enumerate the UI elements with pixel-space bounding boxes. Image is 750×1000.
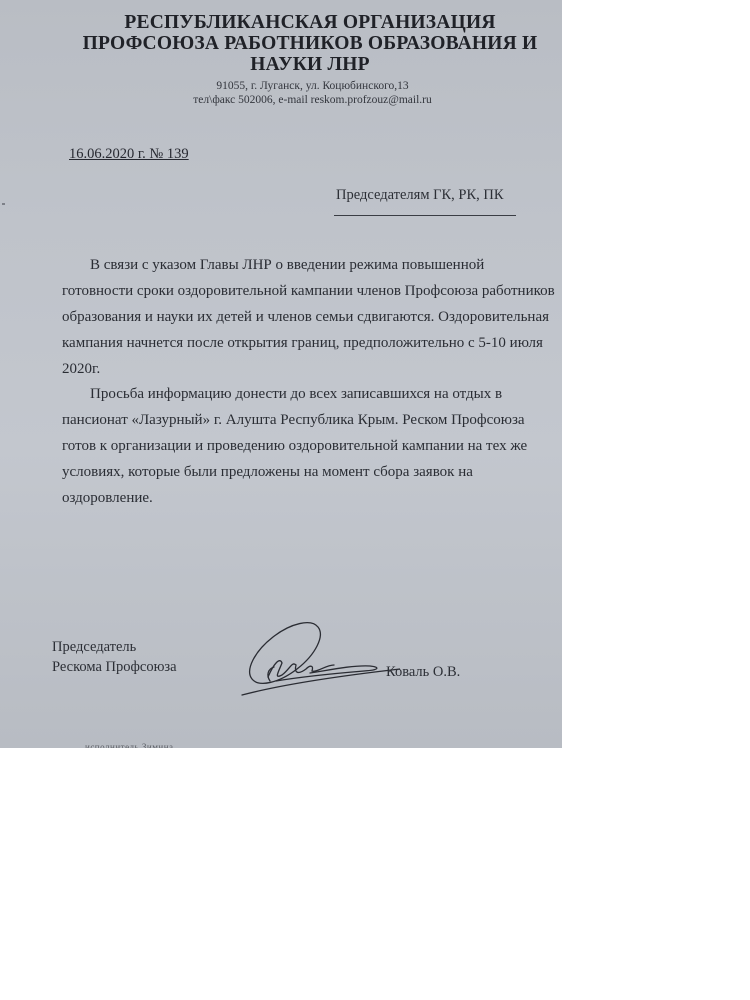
- paragraph-2-line: условиях, которые были предложены на мом…: [62, 459, 562, 485]
- paragraph-1: В связи с указом Главы ЛНР о введении ре…: [62, 252, 562, 382]
- date-and-number: 16.06.2020 г. № 139: [69, 146, 189, 163]
- paragraph-2-line: пансионат «Лазурный» г. Алушта Республик…: [62, 407, 562, 433]
- signatory-name: Коваль О.В.: [386, 664, 460, 681]
- paragraph-1-line: В связи с указом Главы ЛНР о введении ре…: [62, 252, 562, 278]
- addressee-underline: [334, 215, 516, 216]
- paragraph-1-line: 2020г.: [62, 356, 562, 382]
- paragraph-1-line: кампания начнется после открытия границ,…: [62, 330, 562, 356]
- paragraph-2: Просьба информацию донести до всех запис…: [62, 381, 562, 511]
- org-name-line-3: НАУКИ ЛНР: [0, 54, 562, 75]
- org-address: 91055, г. Луганск, ул. Коцюбинского,13: [0, 79, 562, 93]
- addressee: Председателям ГК, РК, ПК: [336, 187, 504, 204]
- cut-off-text: исполнитель Зимина...: [85, 742, 182, 748]
- signatory-title-line-2: Рескома Профсоюза: [52, 657, 177, 677]
- paragraph-2-line: оздоровление.: [62, 485, 562, 511]
- document-photo: РЕСПУБЛИКАНСКАЯ ОРГАНИЗАЦИЯ ПРОФСОЮЗА РА…: [0, 0, 562, 748]
- org-contacts: тел\факс 502006, e-mail reskom.profzouz@…: [0, 93, 562, 107]
- paragraph-1-line: образования и науки их детей и членов се…: [62, 304, 562, 330]
- letterhead: РЕСПУБЛИКАНСКАЯ ОРГАНИЗАЦИЯ ПРОФСОЮЗА РА…: [0, 12, 562, 107]
- handwritten-signature-icon: [230, 615, 400, 705]
- paragraph-1-line: готовности сроки оздоровительной кампани…: [62, 278, 562, 304]
- paragraph-2-line: Просьба информацию донести до всех запис…: [62, 381, 562, 407]
- paragraph-2-line: готов к организации и проведению оздоров…: [62, 433, 562, 459]
- edge-mark: [2, 203, 5, 205]
- signatory-title-line-1: Председатель: [52, 637, 177, 657]
- org-name-line-1: РЕСПУБЛИКАНСКАЯ ОРГАНИЗАЦИЯ: [0, 12, 562, 33]
- signatory-title: Председатель Рескома Профсоюза: [52, 637, 177, 677]
- org-name-line-2: ПРОФСОЮЗА РАБОТНИКОВ ОБРАЗОВАНИЯ И: [0, 33, 562, 54]
